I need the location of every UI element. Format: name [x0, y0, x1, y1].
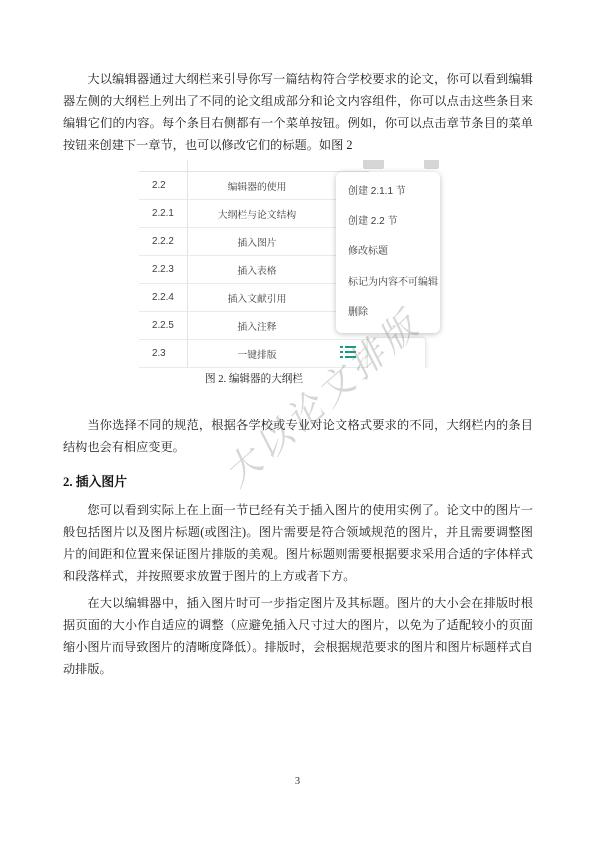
outline-row-title: 大纲栏与论文结构	[187, 207, 327, 221]
menu-item-rename: 修改标题	[336, 237, 440, 267]
paragraph-intro-outline: 大以编辑器通过大纲栏来引导你写一篇结构符合学校要求的论文，你可以看到编辑器左侧的…	[63, 68, 533, 156]
outline-row-title: 插入表格	[187, 263, 327, 277]
cropped-ui-fragment	[424, 160, 439, 169]
menu-item-mark-noneditable: 标记为内容不可编辑	[336, 268, 440, 298]
page-number: 3	[0, 776, 595, 787]
paragraph-spec-variation: 当你选择不同的规范，根据各学校或专业对论文格式要求的不同，大纲栏内的条目结构也会…	[63, 414, 533, 458]
outline-column-divider	[187, 160, 188, 368]
outline-row: 2.2 编辑器的使用	[139, 172, 369, 200]
context-menu: 创建 2.1.1 节 创建 2.2 节 修改标题 标记为内容不可编辑 删除	[336, 172, 440, 333]
outline-row-title: 插入图片	[187, 235, 327, 249]
cropped-card-fragment	[368, 338, 425, 368]
outline-row: 2.2.4 插入文献引用	[139, 284, 369, 312]
menu-item-create-section: 创建 2.2 节	[336, 207, 440, 237]
menu-item-create-subsection: 创建 2.1.1 节	[336, 177, 440, 207]
outline-row-number: 2.3	[139, 348, 187, 359]
outline-row-title: 插入文献引用	[187, 291, 327, 305]
outline-row-number: 2.2	[139, 180, 187, 191]
outline-row-title: 一键排版	[187, 347, 327, 361]
outline-row-title: 编辑器的使用	[187, 179, 327, 193]
outline-row-number: 2.2.1	[139, 208, 187, 219]
figure-caption: 图 2. 编辑器的大纲栏	[139, 371, 369, 386]
outline-row: 2.2.1 大纲栏与论文结构	[139, 200, 369, 228]
outline-row-number: 2.2.3	[139, 264, 187, 275]
outline-row-number: 2.2.4	[139, 292, 187, 303]
outline-row: 2.3 一键排版	[139, 340, 369, 368]
outline-row-title: 插入注释	[187, 319, 327, 333]
outline-panel: 2.2 编辑器的使用 2.2.1 大纲栏与论文结构 2.2.2 插入图片 2.2…	[139, 160, 369, 368]
paragraph-image-insert: 在大以编辑器中，插入图片时可一步指定图片及其标题。图片的大小会在排版时根据页面的…	[63, 592, 533, 680]
outline-cut-row	[139, 160, 369, 172]
outline-row: 2.2.5 插入注释	[139, 312, 369, 340]
outline-row-number: 2.2.5	[139, 320, 187, 331]
paragraph-image-intro: 您可以看到实际上在上面一节已经有关于插入图片的使用实例了。论文中的图片一般包括图…	[63, 499, 533, 587]
figure-outline-screenshot: 2.2 编辑器的使用 2.2.1 大纲栏与论文结构 2.2.2 插入图片 2.2…	[139, 160, 455, 368]
format-list-icon	[340, 346, 356, 361]
outline-row: 2.2.2 插入图片	[139, 228, 369, 256]
outline-row: 2.2.3 插入表格	[139, 256, 369, 284]
section-heading: 2. 插入图片	[63, 471, 127, 490]
document-page: 大以编辑器通过大纲栏来引导你写一篇结构符合学校要求的论文，你可以看到编辑器左侧的…	[0, 0, 595, 842]
menu-item-delete: 删除	[336, 298, 440, 328]
cropped-ui-fragment	[363, 160, 384, 169]
outline-row-number: 2.2.2	[139, 236, 187, 247]
